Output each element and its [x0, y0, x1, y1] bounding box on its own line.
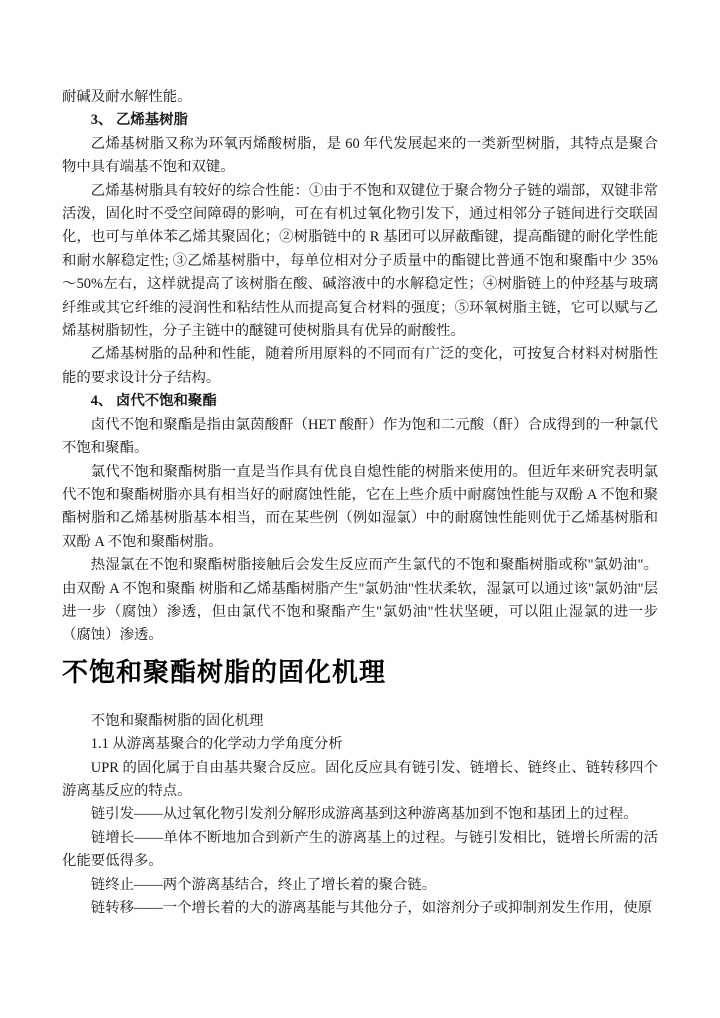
paragraph-continuation-line: 耐碱及耐水解性能。	[62, 86, 658, 109]
paragraph: 链引发——从过氧化物引发剂分解形成游离基到这种游离基加到不饱和基团上的过程。	[62, 803, 658, 826]
document-page: 耐碱及耐水解性能。3、 乙烯基树脂乙烯基树脂又称为环氧丙烯酸树脂，是 60 年代…	[0, 0, 720, 1018]
numbered-subheading: 3、 乙烯基树脂	[62, 109, 658, 132]
paragraph: UPR 的固化属于自由基共聚合反应。固化反应具有链引发、链增长、链终止、链转移四…	[62, 757, 658, 804]
paragraph: 链转移——一个增长着的大的游离基能与其他分子，如溶剂分子或抑制剂发生作用，使原	[62, 897, 658, 920]
paragraph: 乙烯基树脂具有较好的综合性能：①由于不饱和双键位于聚合物分子链的端部，双键非常活…	[62, 180, 658, 344]
paragraph: 链增长——单体不断地加合到新产生的游离基上的过程。与链引发相比，链增长所需的活化…	[62, 827, 658, 874]
paragraph: 乙烯基树脂的品种和性能，随着所用原料的不同而有广泛的变化，可按复合材料对树脂性能…	[62, 343, 658, 390]
paragraph: 不饱和聚酯树脂的固化机理	[62, 710, 658, 733]
paragraph: 氯代不饱和聚酯树脂一直是当作具有优良自熄性能的树脂来使用的。但近年来研究表明氯代…	[62, 461, 658, 555]
paragraph: 卤代不饱和聚酯是指由氯茵酸酐（HET 酸酐）作为饱和二元酸（酐）合成得到的一种氯…	[62, 414, 658, 461]
paragraph: 链终止——两个游离基结合，终止了增长着的聚合链。	[62, 874, 658, 897]
numbered-subheading: 4、 卤代不饱和聚酯	[62, 390, 658, 413]
section-heading: 不饱和聚酯树脂的固化机理	[62, 658, 658, 688]
paragraph: 1.1 从游离基聚合的化学动力学角度分析	[62, 733, 658, 756]
paragraph: 乙烯基树脂又称为环氧丙烯酸树脂，是 60 年代发展起来的一类新型树脂，其特点是聚…	[62, 133, 658, 180]
paragraph: 热湿氯在不饱和聚酯树脂接触后会发生反应而产生氯代的不饱和聚酯树脂或称"氯奶油"。…	[62, 554, 658, 648]
